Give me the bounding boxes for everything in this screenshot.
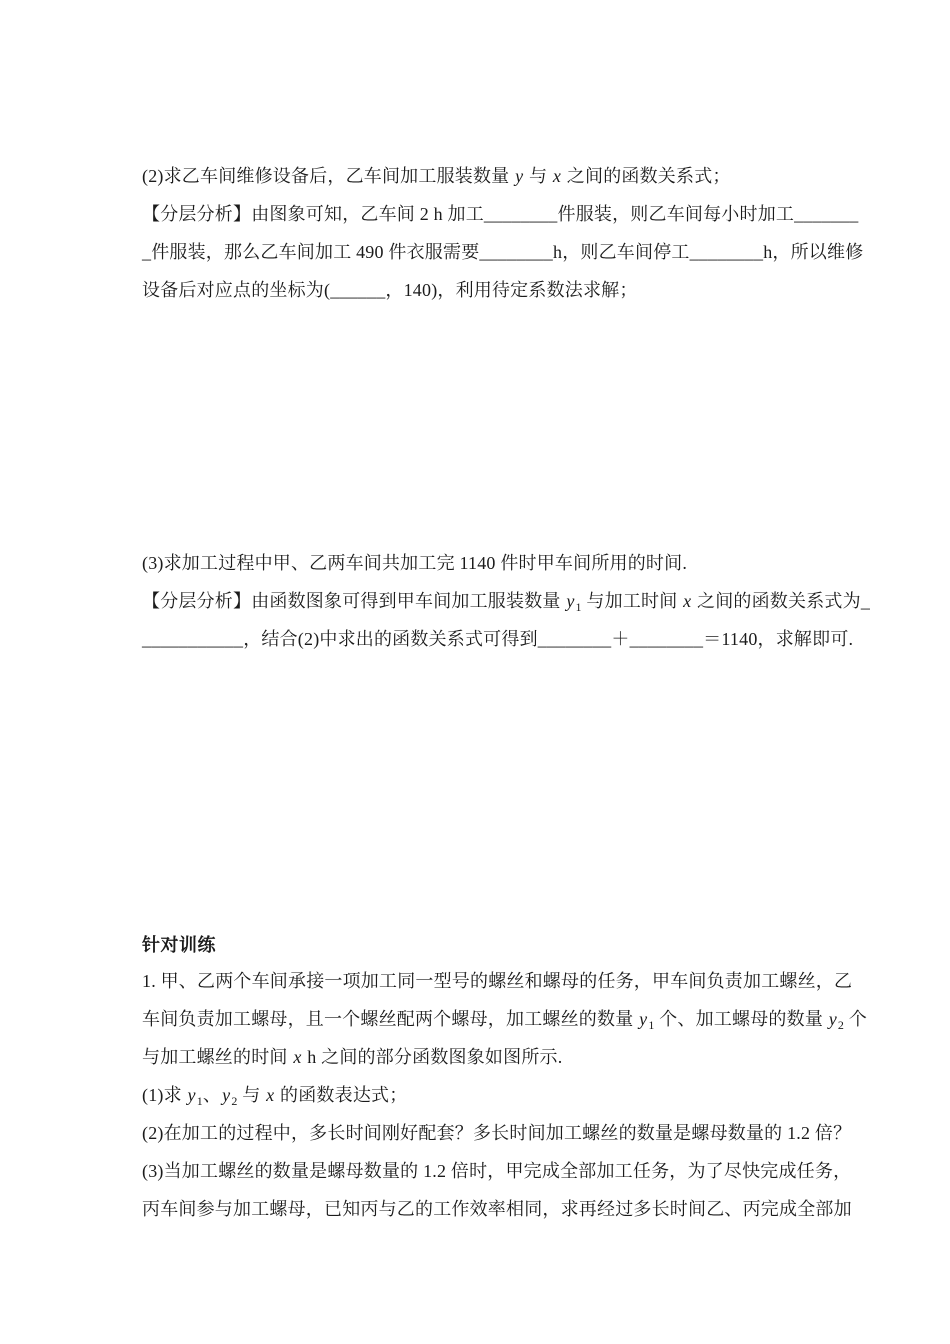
math-italic-segment: y: [221, 1085, 231, 1105]
text-segment: 的函数表达式；: [275, 1085, 407, 1105]
text-segment: ___________，结合(2)中求出的函数关系式可得到________＋__…: [142, 629, 853, 649]
math-italic-segment: y: [514, 166, 524, 186]
problem2-analysis-line-2: _件服装，那么乙车间加工 490 件衣服需要________h，则乙车间停工__…: [142, 240, 832, 264]
text-segment: (1)求: [142, 1085, 187, 1105]
text-segment: (3)当加工螺丝的数量是螺母数量的 1.2 倍时，甲完成全部加工任务，为了尽快完…: [142, 1161, 851, 1181]
text-segment: 车间负责加工螺母，且一个螺丝配两个螺母，加工螺丝的数量: [142, 1009, 638, 1029]
text-segment: 与: [238, 1085, 266, 1105]
text-segment: 、: [203, 1085, 221, 1105]
problem2-question-line: (2)求乙车间维修设备后，乙车间加工服装数量 y 与 x 之间的函数关系式；: [142, 164, 832, 188]
text-segment: 之间的函数关系式；: [562, 166, 731, 186]
math-italic-segment: x: [265, 1085, 275, 1105]
training-q1-part3-line-1: (3)当加工螺丝的数量是螺母数量的 1.2 倍时，甲完成全部加工任务，为了尽快完…: [142, 1159, 832, 1183]
training-q1-line-1: 1. 甲、乙两个车间承接一项加工同一型号的螺丝和螺母的任务，甲车间负责加工螺丝，…: [142, 969, 832, 993]
training-section-heading: 针对训练: [142, 931, 216, 957]
math-italic-segment: x: [552, 166, 562, 186]
text-segment: 与加工螺丝的时间: [142, 1047, 292, 1067]
text-segment: 个: [844, 1009, 867, 1029]
text-segment: 个、加工螺母的数量: [655, 1009, 828, 1029]
text-segment: 【分层分析】由图象可知，乙车间 2 h 加工________件服装，则乙车间每小…: [142, 204, 859, 224]
math-italic-segment: y: [638, 1009, 648, 1029]
math-italic-segment: x: [682, 591, 692, 611]
worksheet-page: (2)求乙车间维修设备后，乙车间加工服装数量 y 与 x 之间的函数关系式； 【…: [0, 0, 950, 1344]
text-segment: 之间的函数关系式为_: [692, 591, 870, 611]
training-q1-part1: (1)求 y1、y2 与 x 的函数表达式；: [142, 1083, 832, 1113]
problem2-analysis-line-3: 设备后对应点的坐标为(______，140)，利用待定系数法求解；: [142, 278, 832, 302]
text-segment: 与: [524, 166, 552, 186]
problem3-analysis-line-2: ___________，结合(2)中求出的函数关系式可得到________＋__…: [142, 627, 832, 651]
math-italic-segment: x: [292, 1047, 302, 1067]
problem3-question-line: (3)求加工过程中甲、乙两车间共加工完 1140 件时甲车间所用的时间.: [142, 551, 832, 575]
training-q1-line-2: 车间负责加工螺母，且一个螺丝配两个螺母，加工螺丝的数量 y1 个、加工螺母的数量…: [142, 1007, 832, 1037]
training-q1-part3-line-2: 丙车间参与加工螺母，已知丙与乙的工作效率相同，求再经过多长时间乙、丙完成全部加: [142, 1197, 832, 1221]
training-q1-part2: (2)在加工的过程中，多长时间刚好配套？多长时间加工螺丝的数量是螺母数量的 1.…: [142, 1121, 832, 1145]
math-italic-segment: y: [565, 591, 575, 611]
text-segment: h 之间的部分函数图象如图所示.: [303, 1047, 563, 1067]
math-italic-segment: y: [187, 1085, 197, 1105]
math-italic-segment: y: [828, 1009, 838, 1029]
text-segment: 丙车间参与加工螺母，已知丙与乙的工作效率相同，求再经过多长时间乙、丙完成全部加: [142, 1199, 852, 1219]
text-segment: _件服装，那么乙车间加工 490 件衣服需要________h，则乙车间停工__…: [142, 242, 863, 262]
text-segment: 【分层分析】由函数图象可得到甲车间加工服装数量: [142, 591, 565, 611]
text-segment: (3)求加工过程中甲、乙两车间共加工完 1140 件时甲车间所用的时间.: [142, 553, 687, 573]
text-segment: (2)求乙车间维修设备后，乙车间加工服装数量: [142, 166, 514, 186]
text-segment: 设备后对应点的坐标为(______，140)，利用待定系数法求解；: [142, 280, 638, 300]
text-segment: (2)在加工的过程中，多长时间刚好配套？多长时间加工螺丝的数量是螺母数量的 1.…: [142, 1123, 851, 1143]
text-segment: 1. 甲、乙两个车间承接一项加工同一型号的螺丝和螺母的任务，甲车间负责加工螺丝，…: [142, 971, 852, 991]
text-segment: 与加工时间: [582, 591, 682, 611]
problem3-analysis-line-1: 【分层分析】由函数图象可得到甲车间加工服装数量 y1 与加工时间 x 之间的函数…: [142, 589, 832, 619]
problem2-analysis-line-1: 【分层分析】由图象可知，乙车间 2 h 加工________件服装，则乙车间每小…: [142, 202, 832, 226]
training-q1-line-3: 与加工螺丝的时间 x h 之间的部分函数图象如图所示.: [142, 1045, 832, 1069]
